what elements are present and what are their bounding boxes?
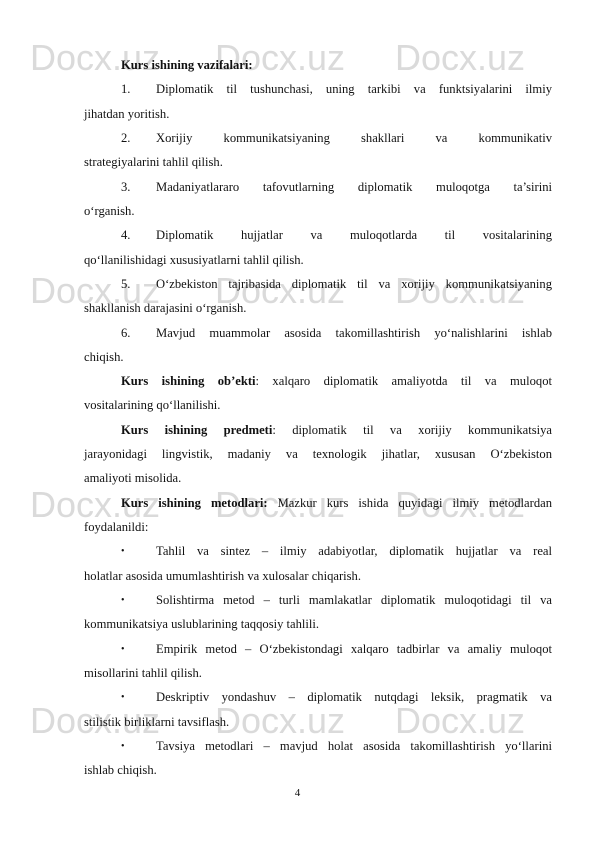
page-number: 4 — [0, 787, 595, 799]
method-text: Tavsiya metodlari – mavjud holat asosida… — [156, 739, 552, 754]
method-text-continued: ishlab chiqish. — [84, 763, 157, 778]
document-page: Kurs ishining vazifalari: 1. Diplomatik … — [0, 0, 595, 842]
task-number: 2. — [121, 131, 130, 146]
task-text: Diplomatik hujjatlar va muloqotlarda til… — [156, 228, 552, 243]
subject-label: Kurs ishining predmeti — [121, 423, 272, 437]
subject-text-end: amaliyoti misolida. — [84, 471, 181, 486]
subject-text: : diplomatik til va xorijiy kommunikatsi… — [272, 423, 552, 437]
task-text: O‘zbekiston tajribasida diplomatik til v… — [156, 277, 552, 292]
task-number: 1. — [121, 82, 130, 97]
method-text: Solishtirma metod – turli mamlakatlar di… — [156, 593, 552, 608]
task-text-continued: chiqish. — [84, 350, 124, 365]
methods-text: Mazkur kurs ishida quyidagi ilmiy metodl… — [268, 496, 552, 510]
bullet-icon: • — [121, 741, 125, 752]
task-number: 4. — [121, 228, 130, 243]
object-label: Kurs ishining ob’ekti — [121, 374, 256, 388]
bullet-icon: • — [121, 595, 125, 606]
methods-text-continued: foydalanildi: — [84, 520, 148, 535]
subject-text-continued: jarayonidagi lingvistik, madaniy va texn… — [84, 447, 552, 462]
method-text-continued: stilistik birliklarni tavsiflash. — [84, 715, 229, 730]
object-first-line: Kurs ishining ob’ekti: xalqaro diplomati… — [121, 374, 552, 389]
method-text-continued: kommunikatsiya uslublarining taqqosiy ta… — [84, 617, 319, 632]
tasks-heading: Kurs ishining vazifalari: — [121, 58, 253, 73]
method-text-continued: holatlar asosida umumlashtirish va xulos… — [84, 569, 361, 584]
method-text-continued: misollarini tahlil qilish. — [84, 666, 202, 681]
task-text-continued: jihatdan yoritish. — [84, 107, 169, 122]
bullet-icon: • — [121, 644, 125, 655]
methods-label: Kurs ishining metodlari: — [121, 496, 268, 510]
bullet-icon: • — [121, 546, 125, 557]
task-number: 5. — [121, 277, 130, 292]
subject-first-line: Kurs ishining predmeti: diplomatik til v… — [121, 423, 552, 438]
method-text: Empirik metod – O‘zbekistondagi xalqaro … — [156, 642, 552, 657]
task-text-continued: qo‘llanilishidagi xususiyatlarni tahlil … — [84, 253, 304, 268]
method-text: Tahlil va sintez – ilmiy adabiyotlar, di… — [156, 544, 552, 559]
task-text-continued: o‘rganish. — [84, 204, 135, 219]
object-text-continued: vositalarining qo‘llanilishi. — [84, 398, 220, 413]
task-text: Mavjud muammolar asosida takomillashtiri… — [156, 326, 552, 341]
task-number: 6. — [121, 326, 130, 341]
methods-first-line: Kurs ishining metodlari: Mazkur kurs ish… — [121, 496, 552, 511]
task-text-continued: strategiyalarini tahlil qilish. — [84, 155, 223, 170]
object-text: : xalqaro diplomatik amaliyotda til va m… — [256, 374, 552, 388]
bullet-icon: • — [121, 692, 125, 703]
task-text: Diplomatik til tushunchasi, uning tarkib… — [156, 82, 552, 97]
task-text: Madaniyatlararo tafovutlarning diplomati… — [156, 180, 552, 195]
task-number: 3. — [121, 180, 130, 195]
task-text: Xorijiy kommunikatsiyaning shakllari va … — [156, 131, 552, 146]
task-text-continued: shakllanish darajasini o‘rganish. — [84, 301, 246, 316]
method-text: Deskriptiv yondashuv – diplomatik nutqda… — [156, 690, 552, 705]
